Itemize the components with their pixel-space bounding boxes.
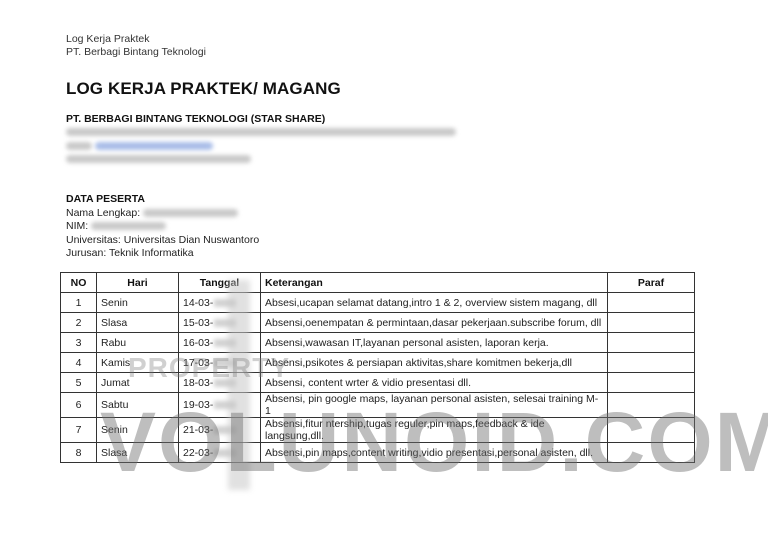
redacted-address xyxy=(66,128,456,136)
participant-section-title: DATA PESERTA xyxy=(66,193,259,207)
cell-no-text: 6 xyxy=(76,399,82,411)
cell-tanggal-text: 17-03- xyxy=(183,357,213,369)
cell-tanggal-text: 22-03- xyxy=(183,447,213,459)
cell-hari-text: Rabu xyxy=(101,337,126,349)
table-header-row: NO Hari Tanggal Keterangan Paraf xyxy=(61,273,695,293)
cell-keterangan: Absensi,psikotes & persiapan aktivitas,s… xyxy=(261,353,608,373)
header-no: NO xyxy=(61,273,97,293)
cell-hari-text: Slasa xyxy=(101,317,127,329)
cell-keterangan: Absensi, content wrter & vidio presentas… xyxy=(261,373,608,393)
cell-tanggal-text: 21-03- xyxy=(183,424,213,436)
company-address xyxy=(66,126,456,140)
cell-no: 7 xyxy=(61,418,97,443)
cell-hari-text: Sabtu xyxy=(101,399,128,411)
cell-tanggal: 15-03- xyxy=(179,313,261,333)
cell-keterangan-text: Absensi,fitur ntership,tugas reguler,pin… xyxy=(265,418,545,442)
table-row: 6Sabtu19-03-Absensi, pin google maps, la… xyxy=(61,393,695,418)
header-hari: Hari xyxy=(97,273,179,293)
table-row: 1Senin14-03-Absesi,ucapan selamat datang… xyxy=(61,293,695,313)
table-row: 7Senin21-03-Absensi,fitur ntership,tugas… xyxy=(61,418,695,443)
cell-hari: Kamis xyxy=(97,353,179,373)
cell-no-text: 5 xyxy=(76,377,82,389)
cell-keterangan-text: Absensi, content wrter & vidio presentas… xyxy=(265,377,471,389)
redacted-nim xyxy=(91,222,166,230)
cell-tanggal-text: 19-03- xyxy=(183,399,213,411)
cell-no-text: 4 xyxy=(76,357,82,369)
table-row: 3Rabu16-03-Absensi,wawasan IT,layanan pe… xyxy=(61,333,695,353)
header-tanggal: Tanggal xyxy=(179,273,261,293)
cell-no: 3 xyxy=(61,333,97,353)
table-row: 8Slasa22-03-Absensi,pin maps,content wri… xyxy=(61,443,695,463)
cell-hari: Slasa xyxy=(97,443,179,463)
cell-no: 8 xyxy=(61,443,97,463)
redacted-year xyxy=(214,379,236,387)
cell-tanggal: 18-03- xyxy=(179,373,261,393)
cell-keterangan: Absensi,pin maps,content writing,vidio p… xyxy=(261,443,608,463)
cell-keterangan: Absensi, pin google maps, layanan person… xyxy=(261,393,608,418)
cell-paraf xyxy=(608,313,695,333)
cell-tanggal-text: 16-03- xyxy=(183,337,213,349)
redacted-year xyxy=(214,449,236,457)
cell-keterangan: Absensi,wawasan IT,layanan personal asis… xyxy=(261,333,608,353)
cell-hari-text: Kamis xyxy=(101,357,130,369)
cell-no-text: 8 xyxy=(76,447,82,459)
cell-hari-text: Slasa xyxy=(101,447,127,459)
cell-hari: Slasa xyxy=(97,313,179,333)
cell-keterangan-text: Absensi,wawasan IT,layanan personal asis… xyxy=(265,337,549,349)
cell-hari: Rabu xyxy=(97,333,179,353)
redacted-name xyxy=(143,209,238,217)
redacted-year xyxy=(214,319,236,327)
participant-nim-row: NIM: xyxy=(66,220,259,234)
participant-data: DATA PESERTA Nama Lengkap: NIM: Universi… xyxy=(66,193,259,261)
cell-no-text: 2 xyxy=(76,317,82,329)
participant-university: Universitas: Universitas Dian Nuswantoro xyxy=(66,234,259,248)
cell-no: 5 xyxy=(61,373,97,393)
redacted-year xyxy=(214,401,236,409)
header-doc-name: Log Kerja Praktek xyxy=(66,33,206,46)
redacted-email-link[interactable] xyxy=(95,142,213,150)
cell-keterangan-text: Absensi,oenempatan & permintaan,dasar pe… xyxy=(265,317,601,329)
cell-tanggal: 16-03- xyxy=(179,333,261,353)
redacted-year xyxy=(214,426,236,434)
header-company-name: PT. Berbagi Bintang Teknologi xyxy=(66,46,206,59)
cell-hari: Sabtu xyxy=(97,393,179,418)
participant-major: Jurusan: Teknik Informatika xyxy=(66,247,259,261)
cell-tanggal-text: 15-03- xyxy=(183,317,213,329)
cell-keterangan: Absensi,fitur ntership,tugas reguler,pin… xyxy=(261,418,608,443)
redacted-email-label xyxy=(66,142,92,150)
cell-keterangan-text: Absesi,ucapan selamat datang,intro 1 & 2… xyxy=(265,297,597,309)
table-row: 2Slasa15-03-Absensi,oenempatan & permint… xyxy=(61,313,695,333)
company-email xyxy=(66,140,456,154)
cell-keterangan-text: Absensi, pin google maps, layanan person… xyxy=(265,393,598,417)
cell-tanggal: 17-03- xyxy=(179,353,261,373)
cell-tanggal-text: 14-03- xyxy=(183,297,213,309)
cell-hari: Senin xyxy=(97,293,179,313)
redacted-phone xyxy=(66,155,251,163)
table-row: 5Jumat18-03-Absensi, content wrter & vid… xyxy=(61,373,695,393)
name-label: Nama Lengkap: xyxy=(66,207,140,219)
cell-hari-text: Jumat xyxy=(101,377,130,389)
cell-keterangan-text: Absensi,pin maps,content writing,vidio p… xyxy=(265,447,593,459)
cell-hari-text: Senin xyxy=(101,424,128,436)
redacted-year xyxy=(214,339,236,347)
document-title: LOG KERJA PRAKTEK/ MAGANG xyxy=(66,79,341,99)
page-header: Log Kerja Praktek PT. Berbagi Bintang Te… xyxy=(66,33,206,59)
participant-name-row: Nama Lengkap: xyxy=(66,207,259,221)
cell-tanggal: 21-03- xyxy=(179,418,261,443)
redacted-year xyxy=(214,359,236,367)
cell-hari: Jumat xyxy=(97,373,179,393)
cell-tanggal: 19-03- xyxy=(179,393,261,418)
log-table: NO Hari Tanggal Keterangan Paraf 1Senin1… xyxy=(60,272,695,463)
cell-paraf xyxy=(608,333,695,353)
cell-no-text: 7 xyxy=(76,424,82,436)
cell-hari: Senin xyxy=(97,418,179,443)
cell-paraf xyxy=(608,373,695,393)
nim-label: NIM: xyxy=(66,220,88,232)
cell-paraf xyxy=(608,353,695,373)
company-phone xyxy=(66,153,456,167)
cell-paraf xyxy=(608,443,695,463)
cell-no: 1 xyxy=(61,293,97,313)
table-row: 4Kamis17-03-Absensi,psikotes & persiapan… xyxy=(61,353,695,373)
cell-paraf xyxy=(608,393,695,418)
cell-tanggal: 14-03- xyxy=(179,293,261,313)
cell-no-text: 3 xyxy=(76,337,82,349)
cell-no: 4 xyxy=(61,353,97,373)
header-keterangan: Keterangan xyxy=(261,273,608,293)
cell-keterangan: Absensi,oenempatan & permintaan,dasar pe… xyxy=(261,313,608,333)
company-name: PT. BERBAGI BINTANG TEKNOLOGI (STAR SHAR… xyxy=(66,113,456,126)
company-info: PT. BERBAGI BINTANG TEKNOLOGI (STAR SHAR… xyxy=(66,113,456,167)
cell-tanggal-text: 18-03- xyxy=(183,377,213,389)
cell-paraf xyxy=(608,293,695,313)
cell-no: 6 xyxy=(61,393,97,418)
cell-tanggal: 22-03- xyxy=(179,443,261,463)
header-paraf: Paraf xyxy=(608,273,695,293)
cell-hari-text: Senin xyxy=(101,297,128,309)
cell-paraf xyxy=(608,418,695,443)
cell-no: 2 xyxy=(61,313,97,333)
redacted-year xyxy=(214,299,236,307)
cell-keterangan: Absesi,ucapan selamat datang,intro 1 & 2… xyxy=(261,293,608,313)
cell-no-text: 1 xyxy=(76,297,82,309)
cell-keterangan-text: Absensi,psikotes & persiapan aktivitas,s… xyxy=(265,357,572,369)
